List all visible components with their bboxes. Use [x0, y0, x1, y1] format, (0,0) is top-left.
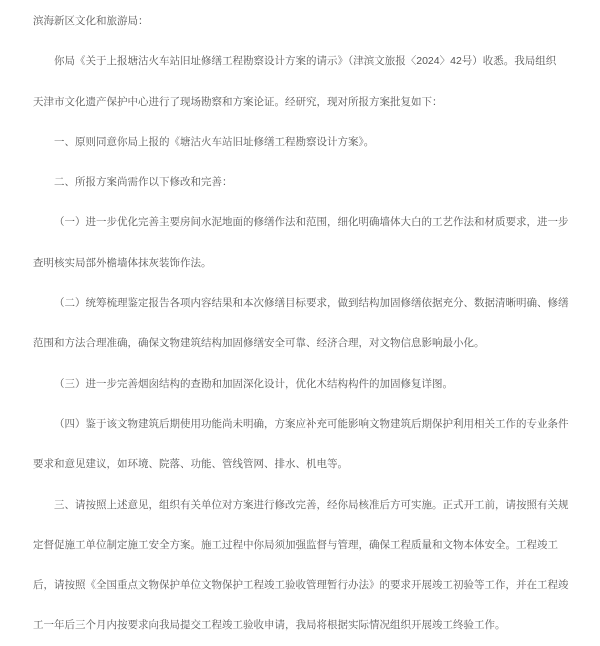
document-line-item-2-sub-1-2: 查明核实局部外檐墙体抹灰装饰作法。 — [33, 243, 574, 283]
document-line-item-3-2: 定督促施工单位制定施工安全方案。施工过程中你局须加强监督与管理，确保工程质量和文… — [33, 525, 574, 565]
document-line-item-2-sub-2-2: 范围和方法合理准确，确保文物建筑结构加固修缮安全可靠、经济合理，对文物信息影响最… — [33, 323, 574, 363]
document-line-item-2-sub-4-1: （四）鉴于该文物建筑后期使用功能尚未明确，方案应补充可能影响文物建筑后期保护利用… — [33, 404, 574, 444]
document-line-item-2-sub-4-2: 要求和意见建议，如环境、院落、功能、管线管网、排水、机电等。 — [33, 444, 574, 484]
document-line-intro-paragraph-1: 你局《关于上报塘沽火车站旧址修缮工程勘察设计方案的请示》（津滨文旅报〈2024〉… — [33, 41, 574, 81]
document-line-item-2-sub-1-1: （一）进一步优化完善主要房间水泥地面的修缮作法和范围，细化明确墙体大白的工艺作法… — [33, 202, 574, 242]
document-line-item-2-sub-3: （三）进一步完善烟囱结构的查勘和加固深化设计，优化木结构构件的加固修复详图。 — [33, 364, 574, 404]
document-line-item-3-3: 后，请按照《全国重点文物保护单位文物保护工程竣工验收管理暂行办法》的要求开展竣工… — [33, 565, 574, 605]
document-line-salutation: 滨海新区文化和旅游局： — [33, 1, 574, 41]
document-page: 滨海新区文化和旅游局：你局《关于上报塘沽火车站旧址修缮工程勘察设计方案的请示》（… — [0, 0, 600, 646]
document-line-item-2: 二、所报方案尚需作以下修改和完善： — [33, 162, 574, 202]
document-line-item-2-sub-2-1: （二）统筹梳理鉴定报告各项内容结果和本次修缮目标要求，做到结构加固修缮依据充分、… — [33, 283, 574, 323]
document-line-item-3-4: 工一年后三个月内按要求向我局提交工程竣工验收申请，我局将根据实际情况组织开展竣工… — [33, 605, 574, 645]
document-line-item-3-1: 三、请按照上述意见，组织有关单位对方案进行修改完善，经你局核准后方可实施。正式开… — [33, 485, 574, 525]
document-line-intro-paragraph-2: 天津市文化遗产保护中心进行了现场勘察和方案论证。经研究，现对所报方案批复如下： — [33, 82, 574, 122]
document-line-item-1: 一、原则同意你局上报的《塘沽火车站旧址修缮工程勘察设计方案》。 — [33, 122, 574, 162]
